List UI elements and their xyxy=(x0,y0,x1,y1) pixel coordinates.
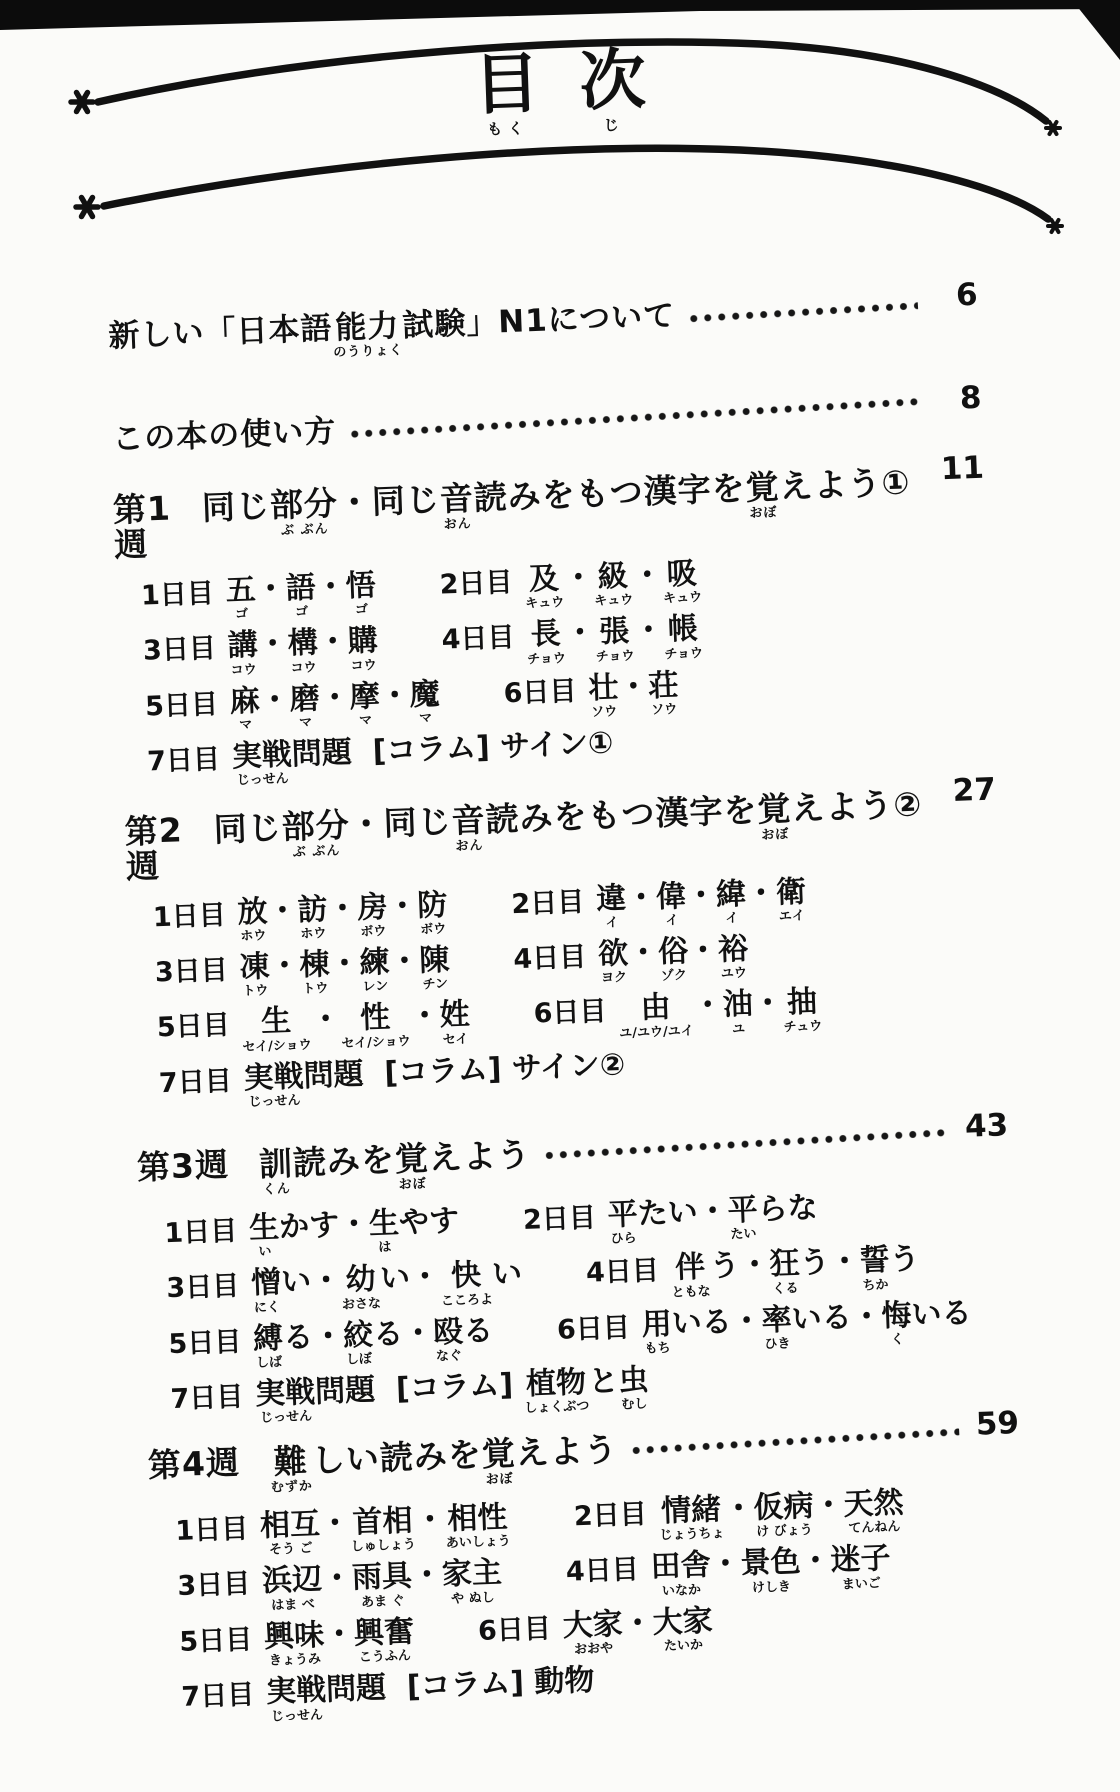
ruby-base: 憎 xyxy=(251,1267,282,1300)
page-number: 27 xyxy=(947,772,996,810)
furigana: そう ご xyxy=(269,1542,313,1557)
day-text: 伴ともなう・狂くるう・誓ちかう xyxy=(670,1244,921,1299)
ruby-group: 棟トウ xyxy=(299,949,331,996)
text-run: 新しい「日本語 xyxy=(108,312,333,354)
ruby-base: 欲 xyxy=(598,938,629,971)
week-title: 難むずかしい読みを覚おぼえよう xyxy=(269,1432,619,1494)
ruby-base: 衛 xyxy=(775,876,806,909)
dotted-leader xyxy=(350,397,922,439)
furigana: い xyxy=(258,1245,271,1258)
furigana: マ xyxy=(359,714,372,727)
text-run: ・ xyxy=(633,615,664,648)
ruby-base: 荘 xyxy=(648,670,679,703)
week-title: 同じ部分ぶ ぶん・同じ音おん読みをもつ漢字を覚おぼえよう① xyxy=(201,465,911,541)
dotted-leader xyxy=(924,479,925,488)
furigana: のうりょく xyxy=(333,344,403,360)
ruby-base: 景色 xyxy=(740,1546,801,1581)
furigana: ボウ xyxy=(420,923,446,937)
ruby-group: 摩マ xyxy=(349,680,381,727)
ruby-base: 防 xyxy=(417,889,448,922)
text-run: と xyxy=(588,1366,619,1399)
day-label: 3日目 xyxy=(142,631,216,666)
furigana: チュウ xyxy=(783,1020,822,1034)
ruby-base: 目 xyxy=(473,51,541,119)
ruby-group: 及キュウ xyxy=(524,563,565,611)
ruby-group: 殴なぐ xyxy=(433,1316,465,1363)
ruby-base: 悔 xyxy=(881,1299,912,1332)
day-text: 浜辺はま べ・雨具あま ぐ・家主や ぬし xyxy=(262,1557,504,1612)
ruby-base: 磨 xyxy=(289,683,320,716)
furigana: てんねん xyxy=(848,1521,900,1536)
ruby-base: 虫 xyxy=(618,1365,649,1398)
day-cell: 4日目欲ヨク・俗ゾク・裕ユウ xyxy=(513,934,749,989)
ruby-base: 狂 xyxy=(769,1248,800,1281)
ruby-base: 実戦 xyxy=(266,1675,327,1710)
week-heading: 第2週同じ部分ぶ ぶん・同じ音おん読みをもつ漢字を覚おぼえよう②27 xyxy=(91,784,998,886)
scan-edge-top-bar xyxy=(0,0,1120,30)
week-rows: 1日目放ホウ・訪ホウ・房ボウ・防ボウ2日目違イ・偉イ・緯イ・衛エイ3日目凍トウ・… xyxy=(94,869,1006,1115)
ruby-group: 景色けしき xyxy=(740,1546,802,1595)
text-run: ・ xyxy=(329,948,360,981)
furigana: あま ぐ xyxy=(361,1594,405,1609)
ruby-group: 緯イ xyxy=(715,878,747,925)
ruby-base: 部分 xyxy=(281,807,350,845)
ruby-group: 生セイ/ショウ xyxy=(241,1005,312,1054)
day-text: 実戦じっせん問題 [コラム] 植物しょくぶつと虫むし xyxy=(255,1365,650,1426)
ruby-base: 覚 xyxy=(757,791,792,828)
furigana: トウ xyxy=(302,982,328,996)
page-number: 43 xyxy=(959,1107,1008,1145)
day-label: 5日目 xyxy=(179,1622,253,1657)
week-section-3: 第3週訓くん読みを覚おぼえよう431日目生いかす・生はやす2日目平ひらたい・平た… xyxy=(103,1119,1018,1430)
day-label: 6日目 xyxy=(556,1310,630,1345)
week-label: 第3週 xyxy=(136,1148,229,1186)
day-label: 6日目 xyxy=(533,994,607,1029)
furigana: おん xyxy=(443,518,471,532)
ruby-group: 平ひら xyxy=(607,1199,639,1246)
furigana: セイ xyxy=(443,1033,469,1047)
day-label: 7日目 xyxy=(147,742,221,777)
text-run: い xyxy=(491,1258,522,1291)
furigana: きょうみ xyxy=(269,1653,321,1668)
ruby-base: 平 xyxy=(607,1199,638,1232)
text-run: う・ xyxy=(709,1249,770,1284)
ruby-group: 雨具あま ぐ xyxy=(351,1561,413,1610)
day-cell: 1日目相互そう ご・首相しゅしょう・相性あいしょう xyxy=(175,1502,511,1561)
ruby-group: 生い xyxy=(249,1212,281,1259)
ruby-base: 幼 xyxy=(345,1264,376,1297)
ruby-base: 語 xyxy=(285,572,316,605)
day-label: 7日目 xyxy=(158,1063,232,1098)
ruby-base: 伴 xyxy=(675,1252,706,1285)
week-section-1: 第1週同じ部分ぶ ぶん・同じ音おん読みをもつ漢字を覚おぼえよう①111日目五ゴ・… xyxy=(79,462,994,793)
ruby-group: 用もち xyxy=(641,1308,673,1355)
text-run: ・同じ xyxy=(349,804,452,843)
day-text: 壮ソウ・荘ソウ xyxy=(588,670,680,720)
ruby-base: 天然 xyxy=(843,1487,904,1522)
toc-entry-2: この本の使い方8 xyxy=(77,392,983,461)
ruby-base: 油 xyxy=(722,989,753,1022)
text-run: ・ xyxy=(800,1545,831,1578)
ruby-base: 実戦 xyxy=(231,739,292,774)
furigana: イ xyxy=(665,914,678,927)
ruby-group: 訓くん xyxy=(258,1146,294,1197)
day-text: 田舎いなか・景色けしき・迷子まいご xyxy=(650,1543,892,1598)
ruby-base: 購 xyxy=(347,625,378,658)
text-run: 同じ xyxy=(213,810,282,848)
ruby-group: 由ユ/ユウ/ユイ xyxy=(618,991,694,1040)
day-label: 7日目 xyxy=(181,1677,255,1712)
ruby-group: 級キュウ xyxy=(593,560,634,608)
ruby-base: 迷子 xyxy=(830,1543,891,1578)
text-run: ・ xyxy=(317,626,348,659)
ruby-group: 首相しゅしょう xyxy=(349,1505,416,1554)
ruby-base: 誓 xyxy=(859,1245,890,1278)
furigana: ともな xyxy=(671,1285,710,1299)
text-run: 読みを xyxy=(292,1142,395,1181)
ruby-base: 魔 xyxy=(409,678,440,711)
ruby-base: 殴 xyxy=(433,1316,464,1349)
ruby-base: 生 xyxy=(368,1207,399,1240)
ruby-group: 実戦じっせん xyxy=(231,739,293,788)
ruby-group: 放ホウ xyxy=(237,896,269,943)
ruby-group: 音おん xyxy=(451,802,487,853)
day-text: 実戦じっせん問題 [コラム] サイン① xyxy=(231,727,614,787)
week-rows: 1日目相互そう ご・首相しゅしょう・相性あいしょう2日目情緒じょうちょ・仮病け … xyxy=(117,1483,1029,1729)
ruby-base: 仮病 xyxy=(753,1491,814,1526)
day-text: 実戦じっせん問題 [コラム] サイン② xyxy=(243,1049,626,1109)
furigana: レン xyxy=(362,980,388,994)
furigana: ソウ xyxy=(591,705,617,719)
day-label: 1日目 xyxy=(152,897,226,932)
day-cell: 4日目長チョウ・張チョウ・帳チョウ xyxy=(441,613,703,669)
ruby-group: 購コウ xyxy=(347,625,379,672)
ruby-group: 実戦じっせん xyxy=(266,1675,328,1724)
ruby-group: 荘ソウ xyxy=(648,670,680,717)
furigana: もく xyxy=(487,121,530,137)
day-label: 2日目 xyxy=(573,1497,647,1532)
ruby-group: 興味きょうみ xyxy=(264,1619,326,1668)
day-label: 1日目 xyxy=(175,1511,249,1546)
day-label: 1日目 xyxy=(164,1213,238,1248)
ruby-base: 実戦 xyxy=(243,1061,304,1096)
ruby-base: 家主 xyxy=(441,1557,502,1592)
intro-entries: 新しい「日本語能力のうりょく試験」N1について6この本の使い方8 xyxy=(73,289,983,462)
furigana: コウ xyxy=(230,663,256,677)
ruby-base: 音 xyxy=(451,802,486,839)
ruby-base: 能力 xyxy=(335,310,400,346)
ruby-group: 難むずか xyxy=(269,1443,313,1494)
text-run: ・ xyxy=(310,1004,341,1037)
ruby-group: 情緒じょうちょ xyxy=(658,1494,725,1543)
ruby-group: 興奮こうふん xyxy=(353,1616,415,1665)
ruby-base: 五 xyxy=(225,574,256,607)
day-text: 長チョウ・張チョウ・帳チョウ xyxy=(526,613,703,666)
asterisk-ornament xyxy=(71,92,98,216)
text-run: う xyxy=(889,1244,920,1277)
day-cell: 7日目実戦じっせん問題 [コラム] 動物 xyxy=(181,1665,596,1727)
text-run: ・ xyxy=(324,1618,355,1651)
furigana: キュウ xyxy=(663,591,702,605)
furigana: しぼ xyxy=(346,1353,372,1367)
week-rows: 1日目生いかす・生はやす2日目平ひらたい・平たいらな3日目憎にくい・幼おさない・… xyxy=(106,1185,1018,1431)
day-label: 2日目 xyxy=(439,565,513,600)
day-cell: 2日目及キュウ・級キュウ・吸キュウ xyxy=(439,558,702,614)
furigana: コウ xyxy=(350,659,376,673)
text-run: い・ xyxy=(380,1261,441,1296)
ruby-group: 防ボウ xyxy=(417,889,449,936)
furigana: しば xyxy=(256,1356,282,1370)
text-run: 読みをもつ漢字を xyxy=(473,471,746,517)
toc-content: 新しい「日本語能力のうりょく試験」N1について6この本の使い方8 第1週同じ部分… xyxy=(70,207,1029,1738)
week-title: 同じ部分ぶ ぶん・同じ音おん読みをもつ漢字を覚おぼえよう② xyxy=(213,786,923,862)
day-label: 5日目 xyxy=(168,1324,242,1359)
day-text: 放ホウ・訪ホウ・房ボウ・防ボウ xyxy=(237,889,449,943)
ruby-group: 音おん xyxy=(439,481,475,532)
ruby-base: 覚 xyxy=(481,1436,516,1473)
day-text: 興味きょうみ・興奮こうふん xyxy=(264,1616,416,1668)
furigana: ゴ xyxy=(235,608,248,621)
text-run: ・ xyxy=(321,1563,352,1596)
furigana: マ xyxy=(419,712,432,725)
ruby-group: 覚おぼ xyxy=(745,470,781,521)
furigana: むずか xyxy=(271,1480,313,1495)
ruby-base: 大家 xyxy=(562,1608,623,1643)
furigana: しゅしょう xyxy=(351,1539,416,1554)
ruby-base: 難 xyxy=(273,1443,308,1480)
day-text: 平ひらたい・平たいらな xyxy=(607,1192,819,1246)
ruby-base: 訪 xyxy=(297,894,328,927)
ruby-base: 絞 xyxy=(343,1319,374,1352)
ruby-group: 欲ヨク xyxy=(598,938,630,985)
day-cell: 5日目生セイ/ショウ・性セイ/ショウ・姓セイ xyxy=(156,999,471,1057)
ruby-group: 悔く xyxy=(881,1299,913,1346)
furigana: ホウ xyxy=(240,929,266,943)
text-run: ・ xyxy=(409,1000,440,1033)
text-run: ・ xyxy=(622,1607,653,1640)
text-run: [コラム] xyxy=(375,1369,525,1407)
furigana: いなか xyxy=(662,1584,701,1598)
ruby-base: 練 xyxy=(359,947,390,980)
ruby-base: 部分 xyxy=(269,486,338,524)
day-label: 3日目 xyxy=(177,1567,251,1602)
ruby-base: 植物 xyxy=(525,1367,586,1402)
furigana: ユ xyxy=(732,1023,745,1036)
ruby-base: 張 xyxy=(599,616,630,649)
text-run: 問題 xyxy=(303,1059,364,1094)
text-run: 同じ xyxy=(201,488,270,526)
furigana: なぐ xyxy=(436,1349,462,1363)
furigana: おぼ xyxy=(749,506,777,520)
furigana: はま べ xyxy=(271,1598,315,1613)
day-text: 縛しばる・絞しぼる・殴なぐる xyxy=(253,1315,495,1370)
furigana: くる xyxy=(772,1282,798,1296)
text-run: ・ xyxy=(259,684,290,717)
text-run: この本の使い方 xyxy=(112,416,337,458)
ruby-group: 覚おぼ xyxy=(481,1436,517,1487)
text-run: 問題 xyxy=(326,1673,387,1708)
furigana: トウ xyxy=(242,985,268,999)
ruby-group: 家主や ぬし xyxy=(441,1557,503,1606)
furigana: おん xyxy=(455,839,483,853)
ruby-group: 房ボウ xyxy=(357,891,389,938)
ruby-group: 大家たいか xyxy=(652,1605,714,1654)
day-text: 凍トウ・棟トウ・練レン・陳チン xyxy=(239,945,451,999)
text-run: [コラム] サイン① xyxy=(351,727,614,769)
text-run: しい読みを xyxy=(311,1437,482,1479)
dotted-leader xyxy=(936,801,937,810)
ruby-group: 衛エイ xyxy=(775,876,807,923)
day-text: 講コウ・構コウ・購コウ xyxy=(227,625,379,677)
furigana: じょうちょ xyxy=(659,1527,724,1542)
ruby-base: 房 xyxy=(357,891,388,924)
text-run: ・ xyxy=(628,937,659,970)
ruby-group: 油ユ xyxy=(722,989,754,1036)
ruby-group: 講コウ xyxy=(227,630,259,677)
ruby-base: 音 xyxy=(439,481,474,518)
week-label: 第2週 xyxy=(124,814,186,885)
day-label: 4日目 xyxy=(441,620,515,655)
ruby-base: 大家 xyxy=(652,1605,713,1640)
day-cell: 3日目浜辺はま べ・雨具あま ぐ・家主や ぬし xyxy=(177,1557,503,1615)
week-section-2: 第2週同じ部分ぶ ぶん・同じ音おん読みをもつ漢字を覚おぼえよう②271日目放ホウ… xyxy=(91,784,1006,1115)
toc-entry-1: 新しい「日本語能力のうりょく試験」N1について6 xyxy=(73,289,979,370)
ruby-base: 由 xyxy=(640,992,671,1025)
ruby-group: 能力のうりょく xyxy=(332,310,404,360)
page-title: 目もく次じ xyxy=(473,47,648,138)
day-cell: 1日目生いかす・生はやす xyxy=(164,1205,460,1262)
furigana: チョウ xyxy=(596,649,635,663)
ruby-group: 違イ xyxy=(596,883,628,930)
day-cell: 2日目情緒じょうちょ・仮病け びょう・天然てんねん xyxy=(573,1487,904,1545)
day-text: 生セイ/ショウ・性セイ/ショウ・姓セイ xyxy=(241,999,471,1054)
ruby-base: 帳 xyxy=(667,613,698,646)
furigana: け びょう xyxy=(756,1524,813,1539)
furigana: イ xyxy=(725,912,738,925)
furigana: おぼ xyxy=(399,1177,427,1191)
text-run: ・ xyxy=(626,882,657,915)
furigana: しょくぶつ xyxy=(524,1400,589,1415)
text-run: る xyxy=(462,1315,493,1348)
furigana: セイ/ショウ xyxy=(341,1035,411,1051)
furigana: おぼ xyxy=(761,828,789,842)
text-run: やす xyxy=(398,1205,459,1240)
furigana: や ぬし xyxy=(451,1591,495,1606)
furigana: ぶ ぶん xyxy=(293,844,341,859)
ruby-base: 悟 xyxy=(345,570,376,603)
day-text: 違イ・偉イ・緯イ・衛エイ xyxy=(596,876,808,930)
day-cell: 5日目興味きょうみ・興奮こうふん xyxy=(179,1616,415,1671)
ruby-group: 誓ちか xyxy=(859,1245,891,1292)
day-label: 4日目 xyxy=(513,940,587,975)
ruby-group: 狂くる xyxy=(769,1248,801,1295)
ruby-base: 首相 xyxy=(352,1505,413,1540)
furigana: じっせん xyxy=(236,773,288,788)
week-section-4: 第4週難むずかしい読みを覚おぼえよう591日目相互そう ご・首相しゅしょう・相性… xyxy=(114,1417,1029,1728)
ruby-group: 次じ xyxy=(579,47,648,134)
scanned-toc-page: 目もく次じ 新しい「日本語能力のうりょく試験」N1について6この本の使い方8 第… xyxy=(0,0,1120,1792)
day-cell: 3日目憎にくい・幼おさない・快こころよい xyxy=(166,1258,523,1317)
text-run: ・ xyxy=(319,1508,350,1541)
furigana: キュウ xyxy=(594,594,633,608)
text-run: ・ xyxy=(745,877,776,910)
ruby-group: 相互そう ご xyxy=(259,1509,321,1558)
page-number: 8 xyxy=(933,380,982,418)
furigana: こうふん xyxy=(359,1650,411,1665)
text-run: たい・ xyxy=(637,1195,728,1231)
text-run: ・ xyxy=(563,562,594,595)
day-text: 生いかす・生はやす xyxy=(249,1205,461,1259)
furigana: く xyxy=(891,1333,904,1346)
ruby-group: 仮病け びょう xyxy=(753,1491,815,1540)
day-cell: 3日目講コウ・構コウ・購コウ xyxy=(142,625,378,680)
ruby-group: 実戦じっせん xyxy=(243,1061,305,1110)
ruby-base: 及 xyxy=(528,563,559,596)
text-run: ・ xyxy=(387,890,418,923)
page-number: 59 xyxy=(970,1405,1019,1443)
ruby-base: 用 xyxy=(641,1308,672,1341)
ruby-group: 絞しぼ xyxy=(343,1319,375,1366)
day-text: 憎にくい・幼おさない・快こころよい xyxy=(251,1258,524,1314)
page-number: 6 xyxy=(929,277,978,315)
text-run: ・ xyxy=(564,617,595,650)
ruby-group: 構コウ xyxy=(287,627,319,674)
text-run: いる・ xyxy=(671,1305,762,1341)
ruby-base: 実戦 xyxy=(255,1377,316,1412)
day-label: 5日目 xyxy=(145,686,219,721)
furigana: もち xyxy=(644,1342,670,1356)
ruby-group: 部分ぶ ぶん xyxy=(269,486,339,538)
furigana: ユウ xyxy=(721,967,747,981)
furigana: こころよ xyxy=(441,1293,493,1308)
furigana: おぼ xyxy=(485,1473,513,1487)
ruby-group: 部分ぶ ぶん xyxy=(281,807,351,859)
entry-title: 新しい「日本語能力のうりょく試験」N1について xyxy=(108,300,676,368)
day-label: 3日目 xyxy=(154,953,228,988)
ruby-group: 吸キュウ xyxy=(662,558,703,606)
furigana: あいしょう xyxy=(446,1535,511,1550)
text-run: いる・ xyxy=(791,1301,882,1337)
ruby-group: 実戦じっせん xyxy=(255,1377,317,1426)
ruby-base: 壮 xyxy=(588,672,619,705)
text-run: えよう xyxy=(515,1432,618,1471)
text-run: ・ xyxy=(379,679,410,712)
text-run: ・ xyxy=(257,628,288,661)
ruby-base: 覚 xyxy=(745,470,780,507)
furigana: マ xyxy=(239,719,252,732)
text-run: [コラム] サイン② xyxy=(363,1049,626,1091)
ruby-group: 憎にく xyxy=(251,1267,283,1314)
furigana: イ xyxy=(605,916,618,929)
text-run: [コラム] 動物 xyxy=(386,1665,596,1705)
text-run: ・ xyxy=(267,895,298,928)
furigana: ゴ xyxy=(355,603,368,616)
ruby-group: 性セイ/ショウ xyxy=(340,1001,411,1050)
ruby-base: 快 xyxy=(450,1260,481,1293)
text-run: ・ xyxy=(723,1493,754,1526)
furigana: キュウ xyxy=(525,596,564,610)
ruby-group: 陳チン xyxy=(419,945,451,992)
ruby-group: 姓セイ xyxy=(439,999,471,1046)
ruby-base: 姓 xyxy=(439,999,470,1032)
furigana: ひら xyxy=(610,1232,636,1246)
day-cell: 5日目麻マ・磨マ・摩マ・魔マ xyxy=(145,678,441,735)
ruby-group: 平たい xyxy=(727,1194,759,1241)
ruby-group: 覚おぼ xyxy=(394,1141,430,1192)
text-run: ・ xyxy=(411,1560,442,1593)
furigana: エイ xyxy=(779,910,805,924)
day-cell: 6日目用もちいる・率ひきいる・悔くいる xyxy=(556,1297,972,1359)
